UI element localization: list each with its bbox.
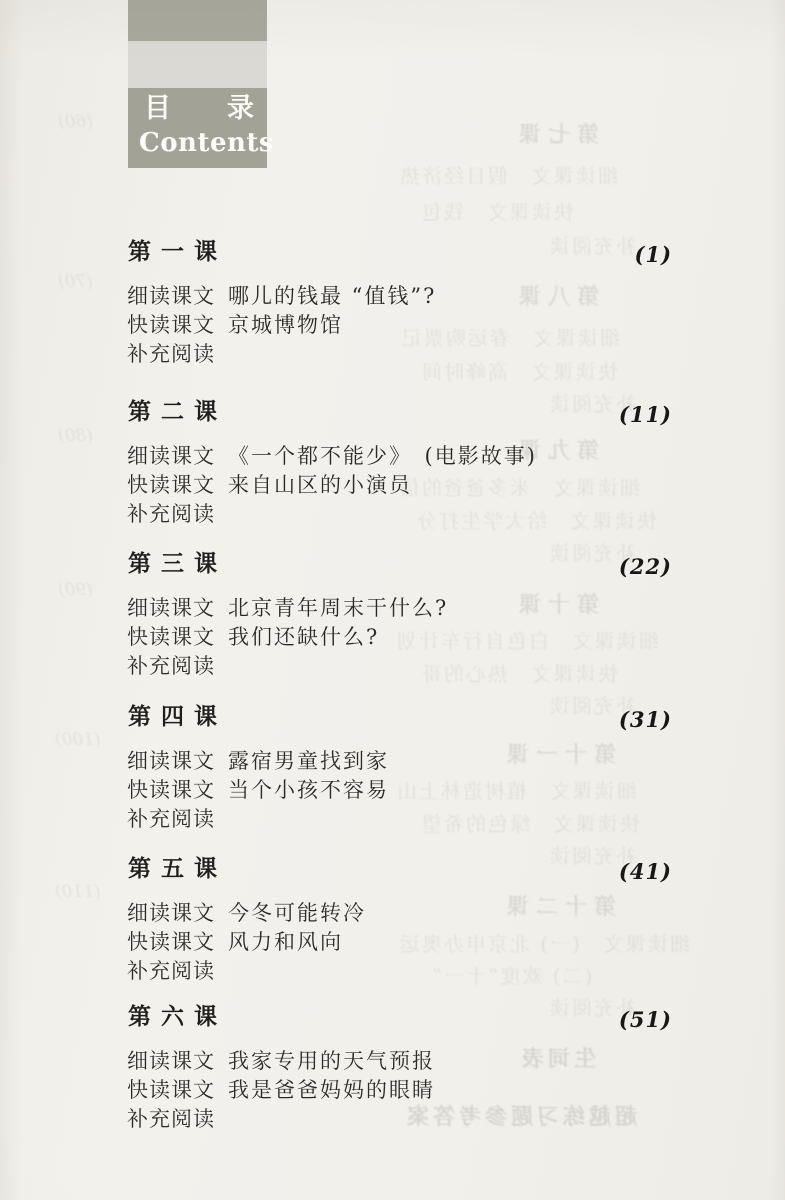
toc-section-lesson-5: 第 五 课 (41) 细读课文今冬可能转冷 快读课文风力和风向 补充阅读	[0, 855, 785, 990]
toc-section-lesson-3: 第 三 课 (22) 细读课文北京青年周末干什么? 快读课文我们还缺什么? 补充…	[0, 550, 785, 685]
bleedthrough-text: 快读课文 热心的哥	[420, 658, 618, 687]
bleedthrough-text: (80)	[58, 426, 93, 446]
bleedthrough-text: 补充阅读	[548, 992, 636, 1021]
bleedthrough-text: 细读课文 假日经济热	[398, 160, 618, 189]
row-title: 我家专用的天气预报	[228, 1049, 435, 1073]
row-label: 快读课文	[127, 309, 228, 339]
row-label: 细读课文	[127, 1045, 228, 1075]
toc-row: 细读课文今冬可能转冷	[127, 897, 366, 927]
row-title: 当个小孩不容易	[228, 778, 389, 802]
contents-title-char-right: 录	[227, 93, 254, 125]
bleedthrough-text: 第十二课	[500, 890, 616, 921]
bleedthrough-text: 第九课	[512, 434, 599, 465]
toc-section-lesson-6: 第 六 课 (51) 细读课文我家专用的天气预报 快读课文我是爸爸妈妈的眼睛 补…	[0, 1003, 785, 1138]
bleedthrough-text: 细读课文 春运购票记	[400, 322, 620, 351]
row-title: 我是爸爸妈妈的眼睛	[228, 1078, 435, 1102]
bleedthrough-text: 细读课文 (一) 北京申办奥运	[398, 928, 690, 957]
toc-row: 补充阅读	[127, 498, 228, 528]
bleedthrough-text: (110)	[55, 882, 101, 902]
bleedthrough-text: 第十一课	[500, 738, 616, 769]
toc-row: 快读课文我们还缺什么?	[127, 621, 379, 651]
toc-section-lesson-4: 第 四 课 (31) 细读课文露宿男童找到家 快读课文当个小孩不容易 补充阅读	[0, 703, 785, 838]
bleedthrough-text: 快读课文 高峰时间	[420, 356, 618, 385]
row-label: 细读课文	[127, 440, 228, 470]
toc-row: 细读课文《一个都不能少》 (电影故事)	[127, 440, 537, 470]
row-title: 来自山区的小演员	[228, 473, 412, 497]
bleedthrough-text: 第十课	[512, 588, 599, 619]
row-label: 补充阅读	[127, 955, 228, 985]
contents-header-block: 目 录 Contents	[128, 0, 267, 168]
bleedthrough-text: 第八课	[512, 280, 599, 311]
toc-row: 补充阅读	[127, 1103, 228, 1133]
toc-row: 快读课文当个小孩不容易	[127, 774, 389, 804]
lesson-title: 第 二 课	[128, 398, 218, 425]
bleedthrough-text: 补充阅读	[548, 388, 636, 417]
bleedthrough-text: (90)	[58, 580, 93, 600]
bleedthrough-text: 快读课文 绿色的希望	[420, 808, 640, 837]
toc-row: 细读课文哪儿的钱最 “值钱”?	[127, 280, 436, 310]
row-title: 北京青年周末干什么?	[228, 596, 448, 620]
row-label: 补充阅读	[127, 498, 228, 528]
toc-row: 快读课文来自山区的小演员	[127, 469, 412, 499]
bleedthrough-text: 补充阅读	[548, 690, 636, 719]
row-label: 补充阅读	[127, 338, 228, 368]
row-label: 补充阅读	[127, 650, 228, 680]
bleedthrough-text: 快读课文 钱包	[420, 196, 574, 225]
toc-row: 补充阅读	[127, 650, 228, 680]
bleedthrough-text: 细读课文 米多爸爸的信	[398, 472, 640, 501]
contents-title-chinese: 目 录	[128, 93, 267, 125]
row-label: 补充阅读	[127, 803, 228, 833]
row-label: 快读课文	[127, 774, 228, 804]
toc-row: 细读课文北京青年周末干什么?	[127, 592, 448, 622]
bleedthrough-text: 第七课	[512, 118, 599, 149]
toc-section-lesson-1: 第 一 课 (1) 细读课文哪儿的钱最 “值钱”? 快读课文京城博物馆 补充阅读	[0, 238, 785, 373]
row-title: 哪儿的钱最 “值钱”?	[228, 284, 436, 308]
bleedthrough-text: (100)	[55, 730, 101, 750]
row-label: 细读课文	[127, 897, 228, 927]
contents-title-english: Contents	[128, 128, 267, 158]
toc-row: 快读课文风力和风向	[127, 926, 343, 956]
lesson-title: 第 四 课	[128, 703, 218, 730]
bleedthrough-text: 细读课文 植树造林上山	[395, 775, 637, 804]
bleedthrough-text: (二) 欢度“十一”	[430, 960, 592, 989]
toc-row: 细读课文我家专用的天气预报	[127, 1045, 435, 1075]
contents-title-char-left: 目	[144, 93, 171, 125]
row-label: 补充阅读	[127, 1103, 228, 1133]
toc-row: 快读课文我是爸爸妈妈的眼睛	[127, 1074, 435, 1104]
lesson-title: 第 三 课	[128, 550, 218, 577]
row-title: 京城博物馆	[228, 313, 343, 337]
toc-row: 补充阅读	[127, 955, 228, 985]
row-label: 细读课文	[127, 592, 228, 622]
bleedthrough-text: 快读课文 给大学生打分	[415, 505, 657, 534]
row-label: 快读课文	[127, 621, 228, 651]
row-label: 快读课文	[127, 469, 228, 499]
row-label: 细读课文	[127, 280, 228, 310]
row-title: 今冬可能转冷	[228, 901, 366, 925]
toc-row: 快读课文京城博物馆	[127, 309, 343, 339]
toc-row: 补充阅读	[127, 803, 228, 833]
header-light-band	[128, 41, 267, 88]
bleedthrough-text: 细读课文 白色自行车计划	[395, 625, 659, 654]
toc-section-lesson-2: 第 二 课 (11) 细读课文《一个都不能少》 (电影故事) 快读课文来自山区的…	[0, 398, 785, 533]
bleedthrough-text: (70)	[58, 272, 93, 292]
row-label: 细读课文	[127, 745, 228, 775]
bleedthrough-text: 生词表	[518, 1042, 596, 1073]
toc-row: 细读课文露宿男童找到家	[127, 745, 389, 775]
row-label: 快读课文	[127, 1074, 228, 1104]
header-top-band	[128, 0, 267, 41]
bleedthrough-text: (60)	[58, 112, 93, 132]
bleedthrough-text: 补充阅读	[548, 230, 636, 259]
row-title: 我们还缺什么?	[228, 625, 379, 649]
toc-row: 补充阅读	[127, 338, 228, 368]
row-title: 风力和风向	[228, 930, 343, 954]
lesson-title: 第 五 课	[128, 855, 218, 882]
row-label: 快读课文	[127, 926, 228, 956]
book-page-scan: 目 录 Contents 第 一 课 (1) 细读课文哪儿的钱最 “值钱”? 快…	[0, 0, 785, 1200]
bleedthrough-text: 超越练习题参考答案	[403, 1100, 637, 1131]
bleedthrough-text: 补充阅读	[548, 840, 636, 869]
lesson-title: 第 六 课	[128, 1003, 218, 1030]
bleedthrough-text: 补充阅读	[548, 537, 636, 566]
row-title: 《一个都不能少》 (电影故事)	[228, 444, 537, 468]
lesson-title: 第 一 课	[128, 238, 218, 265]
row-title: 露宿男童找到家	[228, 749, 389, 773]
